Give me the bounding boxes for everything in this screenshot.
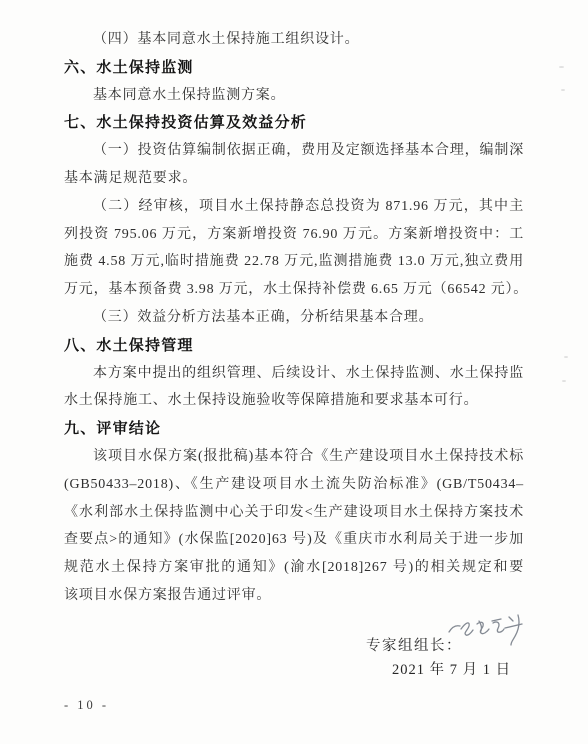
- paragraph-line: 该项目水保方案(报批稿)基本符合《生产建设项目水土保持技术标准》: [64, 443, 524, 471]
- section-heading-7: 七、水土保持投资估算及效益分析: [64, 109, 524, 137]
- section-heading-6: 六、水土保持监测: [64, 54, 524, 82]
- paragraph-line: 本方案中提出的组织管理、后续设计、水土保持监测、水土保持监理、: [64, 360, 524, 388]
- section-heading-9: 九、评审结论: [64, 415, 524, 443]
- page-number: - 10 -: [64, 698, 109, 713]
- paragraph-line: 列投资 795.06 万元，方案新增投资 76.90 万元。方案新增投资中：工程…: [64, 221, 524, 249]
- paragraph-line: 万元，基本预备费 3.98 万元，水土保持补偿费 6.65 万元（66542 元…: [64, 276, 524, 304]
- paragraph-line: 《水利部水土保持监测中心关于印发<生产建设项目水土保持方案技术审: [64, 499, 524, 527]
- paragraph-line: （三）效益分析方法基本正确，分析结果基本合理。: [64, 304, 524, 332]
- review-date: 2021 年 7 月 1 日: [392, 658, 511, 679]
- paragraph-line: 该项目水保方案报告通过评审。: [64, 582, 524, 610]
- paragraph-line: 规范水土保持方案审批的通知》(渝水[2018]267 号)的相关规定和要求。同意: [64, 554, 524, 582]
- paragraph-line: （二）经审核，项目水土保持静态总投资为 871.96 万元，其中主体已: [64, 193, 524, 221]
- paragraph-line: 查要点>的通知》(水保监[2020]63 号)及《重庆市水利局关于进一步加强和: [64, 526, 524, 554]
- paragraph-line: (GB50433–2018)、《生产建设项目水土流失防治标准》(GB/T5043…: [64, 471, 524, 499]
- document-page: （四）基本同意水土保持施工组织设计。 六、水土保持监测 基本同意水土保持监测方案…: [0, 0, 588, 744]
- document-body: （四）基本同意水土保持施工组织设计。 六、水土保持监测 基本同意水土保持监测方案…: [64, 26, 524, 610]
- paragraph-line: 基本同意水土保持监测方案。: [64, 82, 524, 110]
- scan-speck: [561, 89, 565, 91]
- scan-speck: [564, 356, 568, 358]
- paragraph-line: （四）基本同意水土保持施工组织设计。: [64, 26, 524, 54]
- paragraph-line: 水土保持施工、水土保持设施验收等保障措施和要求基本可行。: [64, 387, 524, 415]
- paragraph-line: 施费 4.58 万元,临时措施费 22.78 万元,监测措施费 13.0 万元,…: [64, 248, 524, 276]
- scan-speck: [562, 380, 566, 382]
- paragraph-line: 基本满足规范要求。: [64, 165, 524, 193]
- section-heading-8: 八、水土保持管理: [64, 332, 524, 360]
- handwritten-signature: [446, 613, 526, 653]
- scan-speck: [559, 66, 564, 68]
- paragraph-line: （一）投资估算编制依据正确，费用及定额选择基本合理，编制深度: [64, 137, 524, 165]
